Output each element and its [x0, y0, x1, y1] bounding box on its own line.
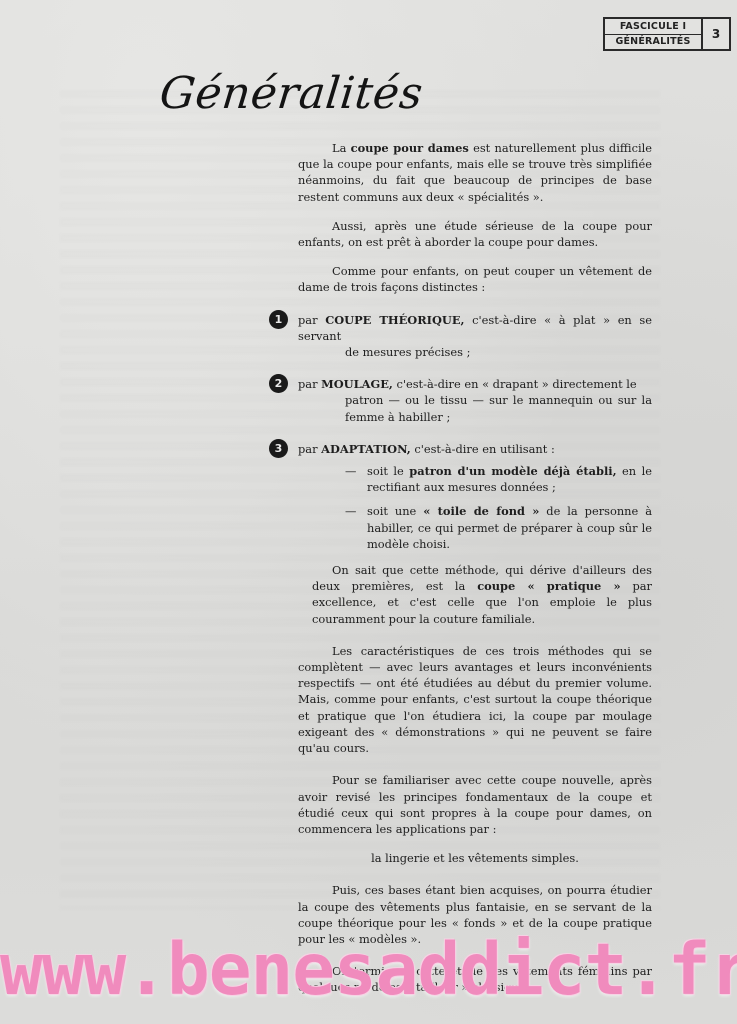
emphasis-patron: patron d'un modèle déjà établi,	[409, 464, 616, 478]
number-circle-icon: 2	[269, 374, 288, 393]
text-span: par	[298, 313, 325, 327]
adaptation-subitem-patron: — soit le patron d'un modèle déjà établi…	[298, 463, 652, 495]
method-continuation: patron — ou le tissu — sur le mannequin …	[298, 392, 652, 424]
header-labels: FASCICULE I GÉNÉRALITÉS	[605, 19, 703, 49]
paragraph-lingerie: la lingerie et les vêtements simples.	[298, 850, 652, 866]
section-label: GÉNÉRALITÉS	[605, 35, 701, 50]
method-first-line: par MOULAGE, c'est-à-dire en « drapant »…	[298, 376, 652, 392]
method-first-line: par ADAPTATION, c'est-à-dire en utilisan…	[298, 441, 652, 457]
paragraph-familiariser: Pour se familiariser avec cette coupe no…	[298, 772, 652, 837]
paragraph-aussi: Aussi, après une étude sérieuse de la co…	[298, 218, 652, 250]
page-title: Généralités	[157, 68, 425, 119]
method-continuation: de mesures précises ;	[298, 344, 652, 360]
paragraph-comme-pour-enfants: Comme pour enfants, on peut couper un vê…	[298, 263, 652, 295]
paragraph-intro: La coupe pour dames est naturellement pl…	[298, 140, 652, 205]
fascicule-label: FASCICULE I	[605, 19, 701, 35]
paragraph-caracteristiques: Les caractéristiques de ces trois méthod…	[298, 643, 652, 756]
text-span: soit une	[367, 504, 423, 518]
text-span: c'est-à-dire en utilisant :	[411, 442, 555, 456]
method-item-coupe-theorique: 1 par COUPE THÉORIQUE, c'est-à-dire « à …	[298, 312, 652, 361]
subitem-text: soit une « toile de fond » de la personn…	[345, 503, 652, 552]
fascicule-header-box: FASCICULE I GÉNÉRALITÉS 3	[603, 17, 731, 51]
em-dash: —	[345, 503, 356, 519]
number-circle-icon: 1	[269, 310, 288, 329]
subitem-text: soit le patron d'un modèle déjà établi, …	[345, 463, 652, 495]
watermark-url: www.benesaddict.fr	[0, 928, 737, 1011]
text-span: soit le	[367, 464, 409, 478]
method-name: MOULAGE,	[321, 377, 393, 391]
method-first-line: par COUPE THÉORIQUE, c'est-à-dire « à pl…	[298, 312, 652, 344]
adaptation-subitem-toile: — soit une « toile de fond » de la perso…	[298, 503, 652, 552]
emphasis-toile-de-fond: « toile de fond »	[423, 504, 539, 518]
emphasis-coupe-pratique: coupe « pratique »	[477, 579, 620, 593]
text-span: c'est-à-dire en « drapant » directement …	[393, 377, 637, 391]
method-item-moulage: 2 par MOULAGE, c'est-à-dire en « drapant…	[298, 376, 652, 425]
method-name: COUPE THÉORIQUE,	[325, 313, 464, 327]
text-span: par	[298, 377, 321, 391]
method-name: ADAPTATION,	[321, 442, 411, 456]
page-number: 3	[703, 19, 729, 49]
text-span: par	[298, 442, 321, 456]
number-circle-icon: 3	[269, 439, 288, 458]
document-page: FASCICULE I GÉNÉRALITÉS 3 Généralités La…	[0, 0, 737, 1024]
paragraph-methode-pratique: On sait que cette méthode, qui dérive d'…	[298, 562, 652, 627]
method-item-adaptation: 3 par ADAPTATION, c'est-à-dire en utilis…	[298, 441, 652, 457]
emphasis-coupe-pour-dames: coupe pour dames	[351, 141, 469, 155]
text-span: La	[332, 141, 351, 155]
em-dash: —	[345, 463, 356, 479]
body-text: La coupe pour dames est naturellement pl…	[298, 140, 652, 996]
